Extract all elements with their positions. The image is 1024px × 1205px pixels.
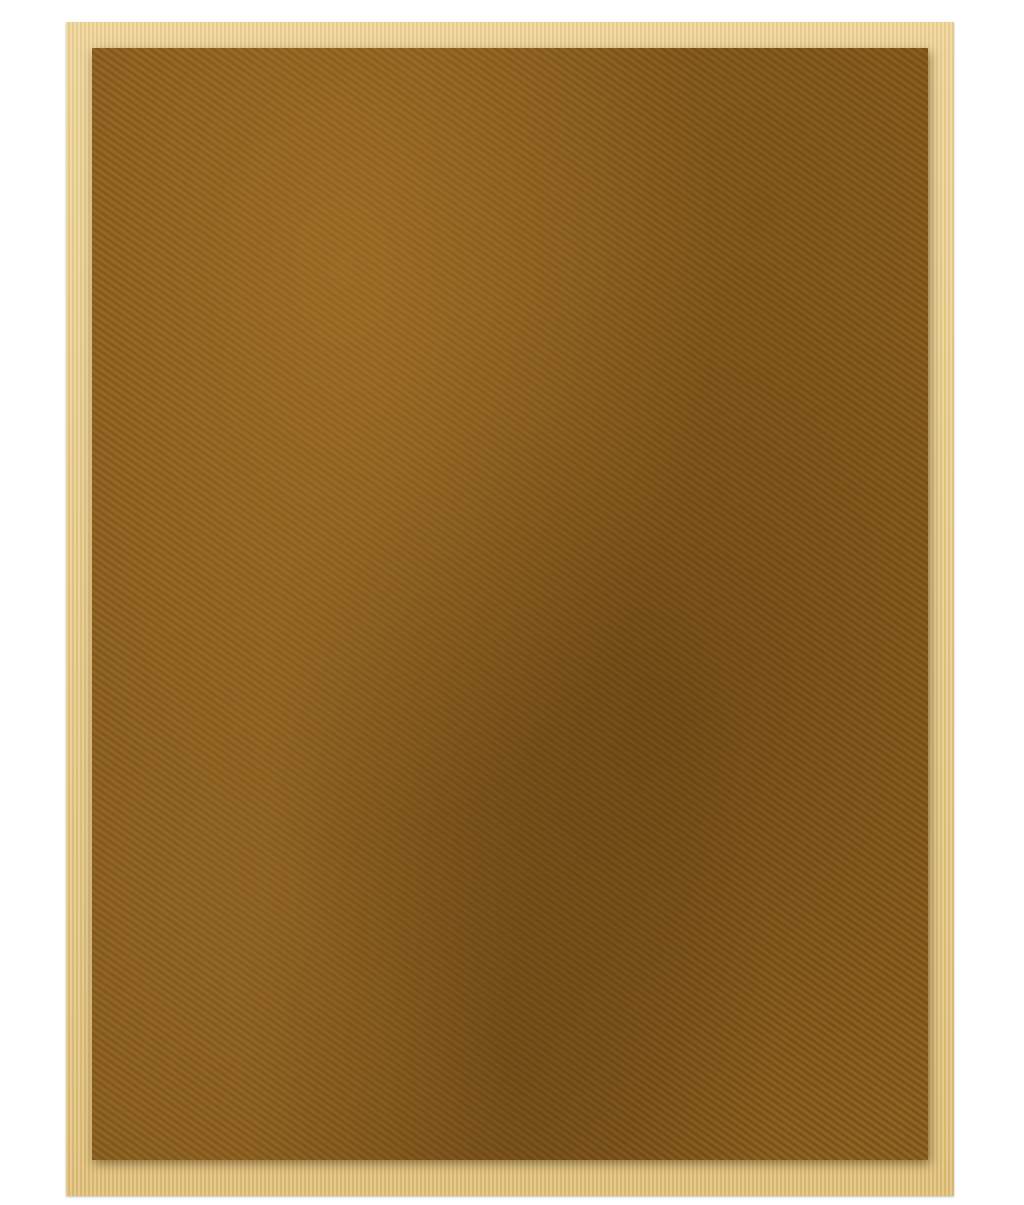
rug-pile [92,48,928,1160]
